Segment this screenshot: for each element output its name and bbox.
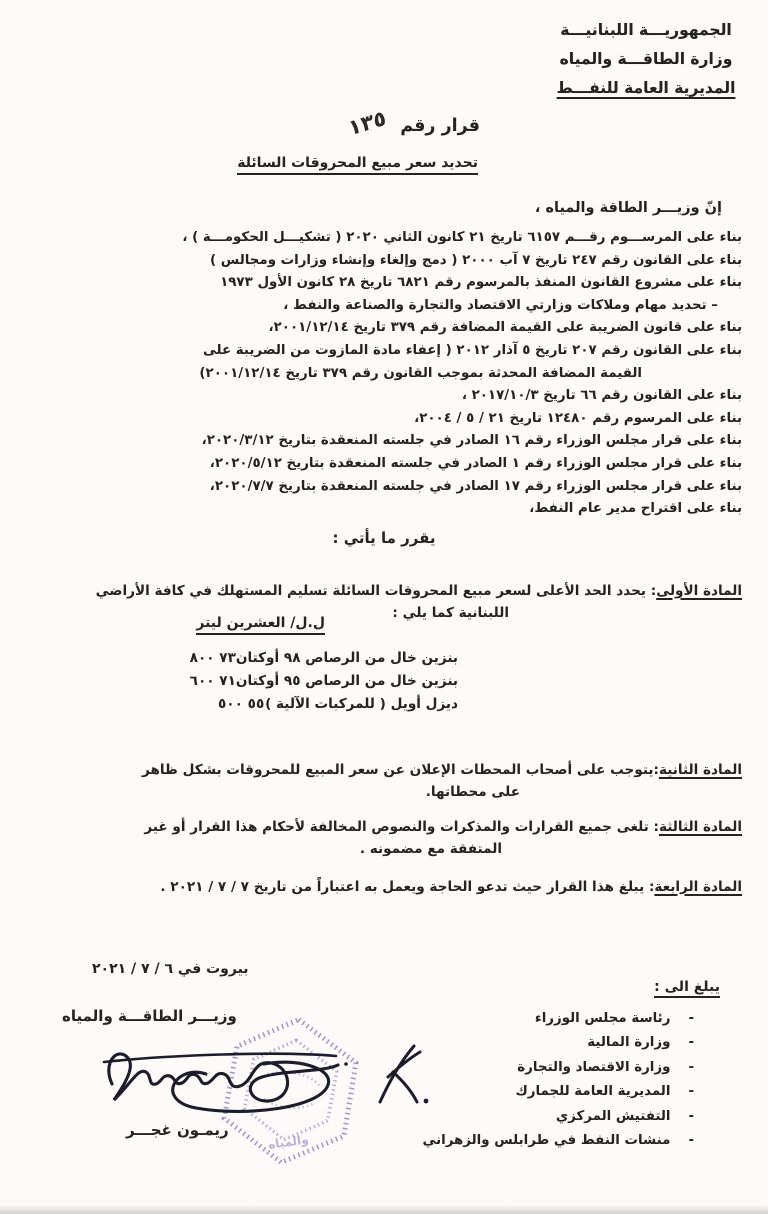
table-row: بنزين خال من الرصاص ٩٥ أوكتان ٧١ ٦٠٠ bbox=[218, 670, 458, 693]
preamble-line: القيمة المضافة المحدثة بموجب القانون رقم… bbox=[22, 363, 742, 386]
article-4: المادة الرابعة: يبلغ هذا القرار حيث تدعو… bbox=[24, 876, 742, 898]
article-3-text: : تلغى جميع القرارات والمذكرات والنصوص ا… bbox=[144, 819, 659, 835]
article-1-text: : يحدد الحد الأعلى لسعر مبيع المحروقات ا… bbox=[96, 583, 657, 599]
issue-date: بيروت في ٦ / ٧ / ٢٠٢١ bbox=[92, 961, 249, 977]
table-row: ديزل أويل ( للمركبات الآلية ) ٥٥ ٥٠٠ bbox=[218, 693, 458, 716]
distribution-item: وزارة المالية bbox=[587, 1031, 670, 1055]
preamble-line: بناء على القانون رقم ٢٤٧ تاريخ ٧ آب ٢٠٠٠… bbox=[22, 250, 742, 273]
minister-name: ريمـون غجـــر bbox=[126, 1121, 229, 1139]
distribution-item: منشات النفط في طرابلس والزهراني bbox=[423, 1129, 671, 1153]
article-2-text: :يتوجب على أصحاب المحطات الإعلان عن سعر … bbox=[142, 762, 659, 778]
list-item: - وزارة المالية bbox=[423, 1031, 694, 1055]
article-3: المادة الثالثة: تلغى جميع القرارات والمذ… bbox=[24, 816, 742, 860]
price-table: بنزين خال من الرصاص ٩٨ أوكتان ٧٣ ٨٠٠ بنز… bbox=[218, 647, 458, 715]
scan-edge-shadow bbox=[0, 1205, 768, 1214]
decree-document-page: الجمهوريـــة اللبنانيـــة وزارة الطاقـــ… bbox=[0, 0, 768, 1214]
article-3-label: المادة الثالثة bbox=[659, 819, 742, 835]
price-unit-header: ل.ل/ العشرين ليتر bbox=[196, 615, 325, 635]
minister-signature bbox=[88, 1022, 432, 1126]
preamble-line: بناء على قرار مجلس الوزراء رقم ١ الصادر … bbox=[22, 453, 742, 476]
preamble-line: بناء على مشروع القانون المنفذ بالمرسوم ر… bbox=[22, 272, 742, 295]
article-1: المادة الأولى: يحدد الحد الأعلى لسعر مبي… bbox=[24, 580, 742, 624]
distribution-item: رئاسة مجلس الوزراء bbox=[535, 1007, 671, 1031]
fuel-item-label: ديزل أويل ( للمركبات الآلية ) bbox=[265, 693, 458, 716]
article-2-label: المادة الثانية bbox=[659, 762, 742, 778]
distribution-item: المديرية العامة للجمارك bbox=[516, 1080, 671, 1104]
ministry-name: وزارة الطاقـــة والمياه bbox=[544, 45, 748, 74]
preamble-line: بناء على المرســـوم رقـــم ٦١٥٧ تاريخ ٢١… bbox=[22, 227, 742, 250]
fuel-price-value: ٧١ ٦٠٠ bbox=[190, 670, 236, 693]
preamble-line: بناء على القانون رقم ٦٦ تاريخ ٢٠١٧/١٠/٣ … bbox=[22, 385, 742, 408]
list-item: - المديرية العامة للجمارك bbox=[423, 1080, 694, 1104]
list-item: - التفتيش المركزي bbox=[423, 1105, 694, 1129]
decree-number-label: قرار رقم bbox=[400, 116, 480, 136]
distribution-item: التفتيش المركزي bbox=[556, 1105, 671, 1129]
preamble-line: بناء على المرسوم رقم ١٢٤٨٠ تاريخ ٢١ / ٥ … bbox=[22, 408, 742, 431]
list-bullet: - bbox=[688, 1129, 694, 1153]
preamble-line: بناء على القانون رقم ٢٠٧ تاريخ ٥ آذار ٢٠… bbox=[22, 340, 742, 363]
distribution-item: وزارة الاقتصاد والتجارة bbox=[517, 1056, 670, 1080]
letterhead: الجمهوريـــة اللبنانيـــة وزارة الطاقـــ… bbox=[544, 16, 748, 103]
preamble: بناء على المرســـوم رقـــم ٦١٥٧ تاريخ ٢١… bbox=[22, 227, 742, 521]
handwritten-decree-number: ١٣٥ bbox=[346, 106, 387, 141]
fuel-item-label: بنزين خال من الرصاص ٩٨ أوكتان bbox=[236, 647, 458, 670]
decides-heading: يقرر ما يأتي : bbox=[0, 529, 768, 547]
list-item: - وزارة الاقتصاد والتجارة bbox=[423, 1056, 694, 1080]
list-bullet: - bbox=[688, 1080, 694, 1104]
preamble-line: بناء على قرار مجلس الوزراء رقم ١٧ الصادر… bbox=[22, 476, 742, 499]
decree-title: قرار رقم ١٣٥ bbox=[348, 116, 480, 136]
preamble-line: بناء على اقتراح مدير عام النفط، bbox=[22, 498, 742, 521]
list-bullet: - bbox=[688, 1056, 694, 1080]
distribution-header: يبلغ الى : bbox=[654, 979, 720, 998]
directorate-name: المديرية العامة للنفـــط bbox=[544, 74, 748, 103]
article-4-label: المادة الرابعة bbox=[654, 879, 742, 895]
decree-subject: تحديد سعر مبيع المحروقات السائلة bbox=[237, 155, 478, 175]
list-item: - منشات النفط في طرابلس والزهراني bbox=[423, 1129, 694, 1153]
list-bullet: - bbox=[688, 1105, 694, 1129]
article-4-text: : يبلغ هذا القرار حيث تدعو الحاجة ويعمل … bbox=[160, 879, 654, 895]
article-2-continuation: على محطاتها. bbox=[24, 781, 742, 803]
fuel-price-value: ٥٥ ٥٠٠ bbox=[218, 693, 264, 716]
republic-name: الجمهوريـــة اللبنانيـــة bbox=[544, 16, 748, 45]
table-row: بنزين خال من الرصاص ٩٨ أوكتان ٧٣ ٨٠٠ bbox=[218, 647, 458, 670]
distribution-list: يبلغ الى : - رئاسة مجلس الوزراء - وزارة … bbox=[423, 979, 720, 1153]
list-item: - رئاسة مجلس الوزراء bbox=[423, 1007, 694, 1031]
article-1-continuation: اللبنانية كما يلي : bbox=[24, 602, 742, 624]
article-3-continuation: المتفقة مع مضمونه . bbox=[24, 838, 742, 860]
opening-line: إنّ وزيـــر الطاقة والمياه ، bbox=[535, 200, 722, 216]
preamble-line: بناء على قانون الضريبة على القيمة المضاف… bbox=[22, 317, 742, 340]
article-2: المادة الثانية:يتوجب على أصحاب المحطات ا… bbox=[24, 759, 742, 803]
fuel-price-value: ٧٣ ٨٠٠ bbox=[190, 647, 236, 670]
fuel-item-label: بنزين خال من الرصاص ٩٥ أوكتان bbox=[236, 670, 458, 693]
preamble-line: بناء على قرار مجلس الوزراء رقم ١٦ الصادر… bbox=[22, 430, 742, 453]
list-bullet: - bbox=[688, 1007, 694, 1031]
list-bullet: - bbox=[688, 1031, 694, 1055]
preamble-line: – تحديد مهام وملاكات وزارتي الاقتصاد وال… bbox=[22, 295, 742, 318]
article-1-label: المادة الأولى bbox=[656, 583, 742, 599]
